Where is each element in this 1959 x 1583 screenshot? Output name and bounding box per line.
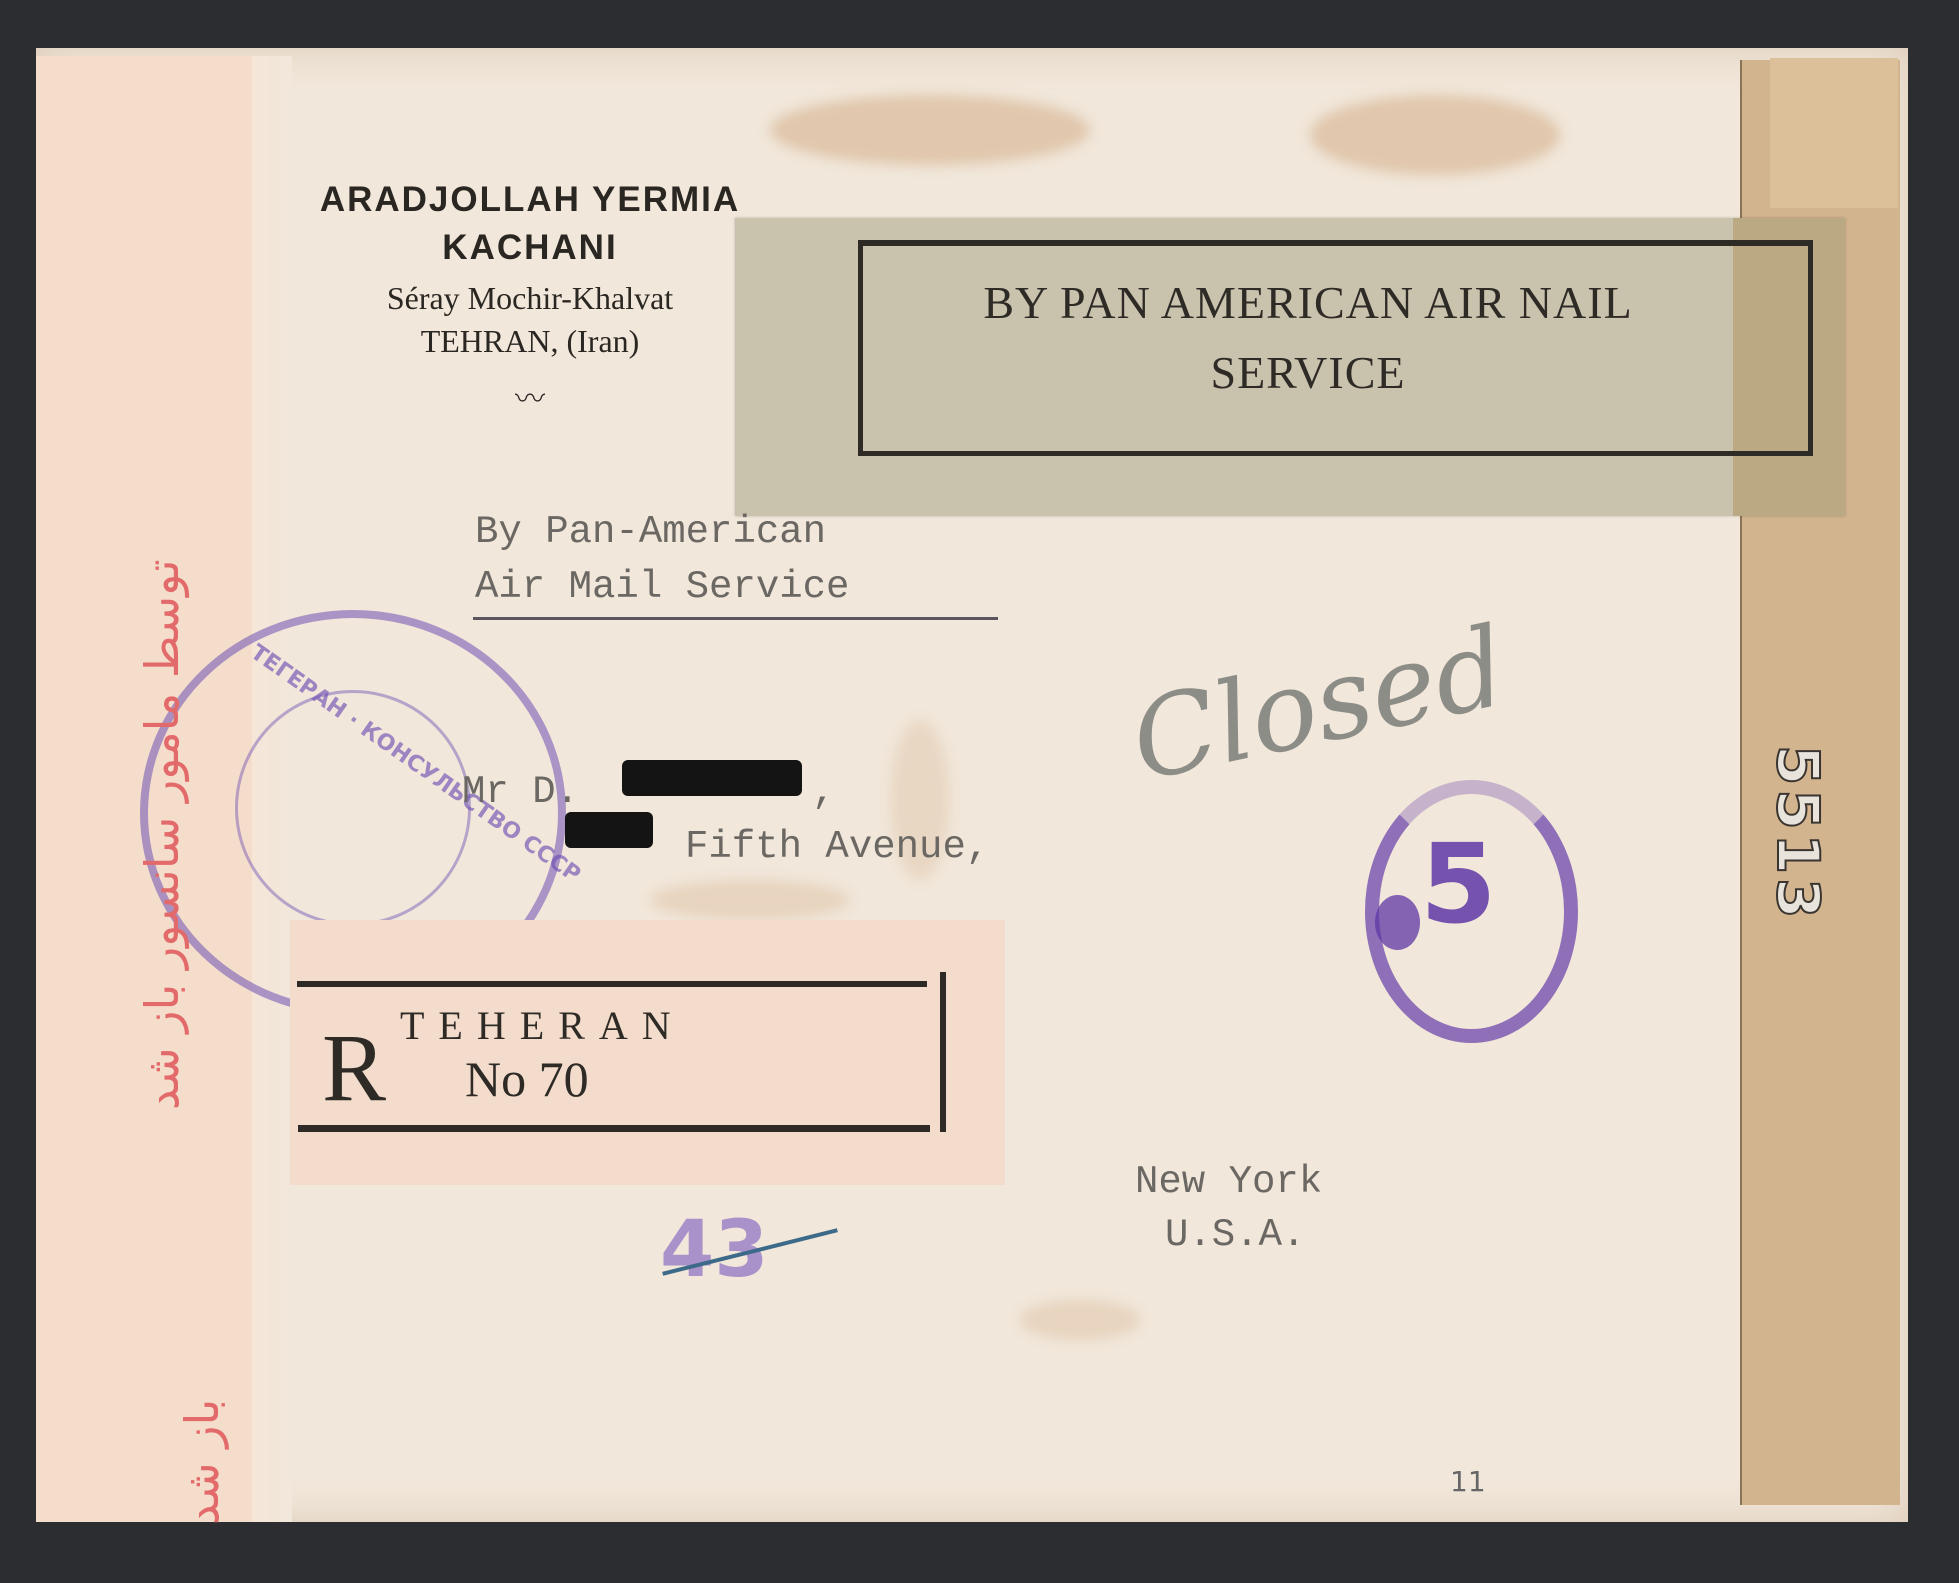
registration-label-border	[940, 972, 946, 1132]
registration-letter: R	[322, 1012, 386, 1123]
recipient-street: Fifth Avenue,	[685, 825, 989, 869]
censor-persian-text: توسط مامور سانسور باز شد	[135, 559, 189, 1110]
redaction-bar	[622, 760, 802, 796]
pencil-corner-mark: 11	[1450, 1465, 1486, 1498]
sender-address-line1: Séray Mochir-Khalvat	[250, 280, 810, 317]
sender-block: ARADJOLLAH YERMIA KACHANI Séray Mochir-K…	[250, 180, 810, 418]
sender-name-line1: ARADJOLLAH YERMIA	[250, 180, 810, 220]
stain	[1020, 1300, 1140, 1340]
censor-handstamp-number: 5	[1420, 820, 1497, 948]
registration-label-border	[297, 981, 927, 987]
recipient-line1-prefix: Mr D.	[462, 770, 579, 814]
registration-city: TEHERAN	[400, 1002, 685, 1049]
redaction-bar	[565, 812, 653, 848]
censor-number: 5513	[1764, 745, 1832, 922]
typed-routing-line2: Air Mail Service	[475, 565, 849, 609]
sender-name-line2: KACHANI	[250, 228, 810, 268]
censor-handstamp-dot	[1375, 895, 1420, 950]
recipient-line1-suffix: ,	[812, 770, 835, 814]
flourish-ornament-icon: 〰	[250, 374, 810, 418]
sender-address-line2: TEHRAN, (Iran)	[250, 323, 810, 360]
registration-label-border	[298, 1125, 930, 1132]
typed-routing-line1: By Pan-American	[475, 510, 826, 554]
air-mail-label-line2: SERVICE	[858, 338, 1758, 408]
stain	[1310, 95, 1560, 175]
air-mail-label-line1: BY PAN AMERICAN AIR NAIL	[858, 268, 1758, 338]
censor-persian-text-bottom: باز شد	[175, 1399, 229, 1525]
censor-tape-fold	[1770, 58, 1898, 208]
stain	[770, 95, 1090, 165]
typed-routing-underline	[473, 617, 998, 620]
registration-label	[290, 920, 1005, 1185]
recipient-country: U.S.A.	[1165, 1213, 1305, 1257]
air-mail-label-text: BY PAN AMERICAN AIR NAIL SERVICE	[858, 268, 1758, 408]
registration-number: No 70	[465, 1050, 589, 1108]
recipient-city: New York	[1135, 1160, 1322, 1204]
stain	[650, 880, 850, 920]
